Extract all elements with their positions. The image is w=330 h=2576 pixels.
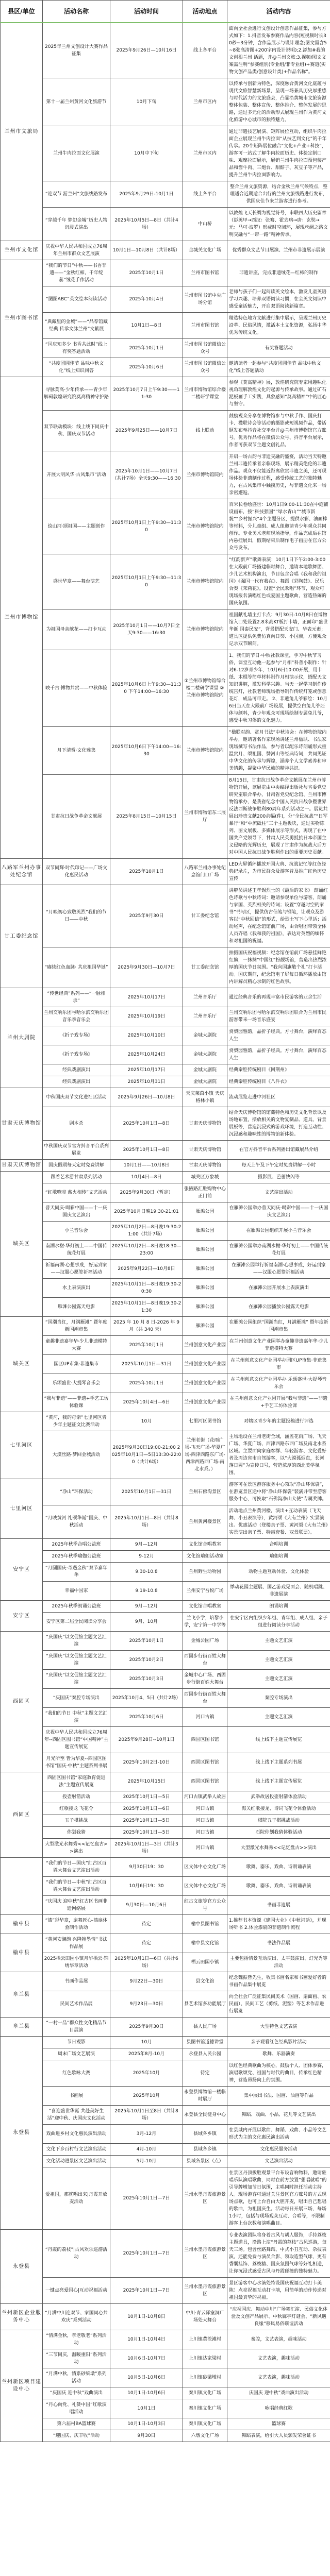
activity-name-cell: “黄河安澜韵 兴隆翰墨情”书法作品展	[43, 1934, 110, 1953]
activity-name-cell: “喜迎盛世华诞 共赴美好生活”迎中秋、庆国庆文化活动	[43, 2106, 110, 2125]
activity-content-cell: 棋院五子棋挑战活动	[227, 1815, 330, 1827]
table-row: “庆国庆 迎中秋”红古区书画非遗网络展9月30日—10月6日红古文旅等官方公众号…	[1, 1896, 330, 1915]
activity-time-cell: 10月4日—8日	[110, 1172, 183, 1183]
activity-content-cell: 在雁滩公园组织开展小兰音乐会	[227, 1222, 330, 1241]
activity-time-cell: 2025年10月	[110, 2060, 183, 2087]
activity-place-cell: 甘肃天庆博物馆	[183, 1141, 227, 1160]
table-row: 兰州市博物馆寻脉莫高·少年传承——青少年解码敦煌研究院莫高精神守护路2025年1…	[1, 377, 330, 411]
activity-place-cell: 文化馆合唱教室	[183, 1601, 227, 1613]
activity-place-cell: 兰州市博物馆院内	[183, 451, 227, 499]
table-row: 兰州大剧院“传世经典”系列——“一脉相承”2025年10月17日兰州音乐厅通过经…	[1, 988, 330, 1007]
activity-place-cell: 中川·青云驿室洞广场处大舞台	[183, 2304, 227, 2330]
activity-place-cell: 永登县全民健身中心	[183, 2106, 227, 2125]
activity-time-cell: 2025年9月28日--10月1日	[110, 1727, 183, 1753]
activity-place-cell: 西固区图书馆	[183, 1772, 227, 1791]
activity-content-cell: 赏梨园雅韵，品折子经典。方寸舞台，演绎百态人生	[227, 1026, 330, 1045]
activity-name-cell: 大型激光水舞秀<<记忆盘古>>演出	[43, 1839, 110, 1858]
table-row: 文化活动进景区文艺演出活动5月-10月县域各景区（点）文艺演出活动	[1, 2156, 330, 2167]
table-row: 月下清赏·文化雅集2025年10月6日下午14:00—16:30兰州市博物馆院内…	[1, 727, 330, 775]
activity-place-cell: 天庆莱茵小镇 天庆格林小镇	[183, 1088, 227, 1107]
activity-time-cell: 2025年10月7日上午9:30——11:30	[110, 377, 183, 411]
activity-place-cell: 八路军兰州办事处纪念馆门口广场	[183, 859, 227, 885]
activity-name-cell: “月满中川迎双节、家国同心共欢庆”系列活动	[43, 2304, 110, 2330]
activity-name-cell: 书画展	[43, 2087, 110, 2106]
activity-place-cell: 金城中心广场、西固步行街百姓大舞台	[183, 1670, 227, 1689]
activity-content-cell: 对辖区青少年的主题投稿进行评选	[227, 1412, 330, 1431]
activity-name-cell: 书画作品展	[43, 1972, 110, 1991]
activity-content-cell: 流动展览走进中河社区	[227, 1088, 330, 1107]
activity-name-cell: 南湖水榭·华灯初上——中国传统花灯展	[43, 1241, 110, 1260]
unit-cell: 兰州新区项目建设中心	[1, 2330, 43, 2442]
activity-name-cell: 红歌接龙 飞花令	[43, 1803, 110, 1815]
header-row: 县区/单位 活动名称 活动时间 活动地点 活动内容	[1, 1, 330, 23]
activity-time-cell: 9月30日19：30	[110, 1858, 183, 1877]
table-row: “红歌嘹亮 薪火相传”文艺活动2025年9月30日（暂定）张掖路汇胜购物中心正门…	[1, 1183, 330, 1202]
activity-time-cell: 2025年10月2日—8日晚19:30-21:00（共计7场）	[110, 1222, 183, 1241]
table-row: 红色歌咏大赛2025年10月待定以红色经典歌曲为核心，鼓励个人、团体参赛，演唱歌…	[1, 2060, 330, 2087]
table-row: 南湖水榭·华灯初上——中国传统花灯展2025年10月2日—8日晚18:30—23…	[1, 1241, 330, 1260]
activity-name-cell: 爱祖国，那就唱出来|丹霞开放麦活动	[43, 2167, 110, 2230]
activity-name-cell: 兰州交响乐团与哈尔滨交响乐团音乐季音乐会	[43, 1007, 110, 1026]
activity-content-cell: 向全社会广泛征集民间美术（国画、扇面画、农民画）、民间工艺（剪纸、泥塑）等艺术作…	[227, 1991, 330, 2018]
events-table: 县区/单位 活动名称 活动时间 活动地点 活动内容 兰州市文旅局2025年兰州文…	[0, 0, 330, 2442]
activity-name-cell: 兰州牛肉拉面文化展演	[43, 126, 110, 181]
activity-time-cell: 2025年10月1日	[110, 1336, 183, 1355]
table-row: 投壶射箭活动2025年10月1日—5日河口古镇武举人故居武举故居投壶射箭体验活动	[1, 1791, 330, 1803]
activity-time-cell: 2025年10月24日	[110, 1045, 183, 1064]
table-row: “丹心向党、礼赞中国”红歌演唱活动10月1日秦川镇文化广场咏唱经典红歌	[1, 2399, 330, 2418]
activity-name-cell: 2025栖云田园小镇月华栖云·锦绣华章活动	[43, 1953, 110, 1972]
table-row: 戏曲进乡村文化惠民演出活动3月-12月县域各乡镇在县域内开展以歌曲、舞蹈、戏曲、…	[1, 2125, 330, 2144]
activity-name-cell: 庆祝中华人民共和国成立76周年兰州市群众文艺展演	[43, 241, 110, 260]
activity-content-cell: 在兰州创意文化产业园开展“我与非遗”——非遗+手艺工坊体验课	[227, 1393, 330, 1412]
activity-name-cell: “我与非遗”——非遗+手艺工坊体验课	[43, 1393, 110, 1412]
table-row: “月圆国庆·奇遇金秋”双节嘉年华9.30-10.8兰州野生动物园动物主题互动体验…	[1, 1563, 330, 1582]
activity-content-cell: 在景区丹顶拔胜观景平台布设音响物料，邀请驻唱乐队演唱歌曲，同时在前方放置“想唱就…	[227, 2167, 330, 2230]
unit-cell: 兰州市博物馆	[1, 377, 43, 859]
activity-content-cell: 经典秦腔传统剧目《回荆州》	[227, 1064, 330, 1076]
activity-place-cell: 兰州创意文化产业园	[183, 1336, 227, 1355]
activity-content-cell: 书画非遗展	[227, 1896, 330, 1915]
activity-content-cell: 歌舞、器乐、戏曲、诗朗诵表演	[227, 1858, 330, 1877]
table-row: “我们的节日—中秋”红古区百姓大舞台文艺演出活动10月6日19：30区文体中心文…	[1, 1877, 330, 1896]
activity-content-cell: 以敦煌飞天长绸为视觉符号，串联四大历史篇章（彭英甲→西汉：张骞、霍去病→唐：玄奘…	[227, 208, 330, 241]
activity-place-cell: 兰州水墨丹霞旅游景区	[183, 2230, 227, 2278]
activity-time-cell: 4月-10月	[110, 2144, 183, 2156]
activity-place-cell: 县人民广场	[183, 2018, 227, 2037]
activity-place-cell: 上川镇黄茨滩村	[183, 2330, 227, 2349]
activity-time-cell: 2025年9月30日	[110, 885, 183, 947]
activity-content-cell: 拍摄国庆祝福视频：纪念馆在馆前广场悬挂鲜艳红旗，一抹抹“中国红”扮靓场馆，营造出…	[227, 947, 330, 988]
activity-place-cell: 七里河区图书馆	[183, 1412, 227, 1431]
activity-time-cell: 2025年10月1日—31日	[110, 1355, 183, 1374]
activity-content-cell: 1.推荐书本资源《建国大业》《中秋词话》，并现场听书 2.体验漆扇的非遗制作流程	[227, 1915, 330, 1934]
unit-cell: 兰州大剧院	[1, 988, 43, 1088]
table-row: 永登县节日观影10月县图书馆道德讲堂亲子观看红色经典影片活动	[1, 2037, 330, 2048]
activity-time-cell: 2025年10月1日—7日	[110, 2167, 183, 2230]
activity-content-cell: 亲子观看红色经典影片活动	[227, 2037, 330, 2048]
activity-content-cell: 书法作品展	[227, 1934, 330, 1953]
table-row: 经典戏剧演出2025年10月31日金城大剧院经典秦腔传统剧目《八件衣》	[1, 1076, 330, 1088]
activity-time-cell: 2025年10月4日	[110, 286, 183, 313]
table-row: 一键点亮爱国心|互动祝福活动2025年10月1日—7日兰州水墨丹霞旅游景区景区游…	[1, 2278, 330, 2304]
table-row: 永登县“丹霞的荔枝”|古风欢乐巡游活动2025年10月1日—7日兰州水墨丹霞旅游…	[1, 2230, 330, 2278]
unit-cell: 兰州市文旅局	[1, 23, 43, 241]
activity-name-cell: 绘山河·颂祖国——主题创作	[43, 499, 110, 554]
activity-content-cell: “庆祝国庆、舞动中川”广场舞汇演、民俗文化体验及文创产品展示、中秋廊亭灯谜会、“…	[227, 2304, 330, 2330]
table-row: 安宁区2025年秋季合唱公益班9月—12月文化馆合唱教室合唱培训	[1, 1539, 330, 1551]
activity-time-cell: 2025年9月25日——10月7日	[110, 411, 183, 451]
unit-cell: 兰州市图书馆	[1, 260, 43, 377]
table-row: 2025栖云田园小镇月华栖云·锦绣华章活动2025年10月1日—6日（共计6场）…	[1, 1953, 330, 1972]
activity-place-cell: 甘肃天庆博物馆	[183, 1107, 227, 1141]
activity-time-cell: 9月23日—30日	[110, 1991, 183, 2018]
activity-name-cell: 乐颂盛世·大提琴音乐会	[43, 1374, 110, 1393]
activity-name-cell: 文化活动进景区文艺演出活动	[43, 2156, 110, 2167]
activity-place-cell: 兰州市图书馆中央广场分馆	[183, 286, 227, 313]
activity-time-cell: 9月22日—30日	[110, 1972, 183, 1991]
activity-time-cell: 2025年10月1日—6日（共计6场）	[110, 1953, 183, 1972]
activity-name-cell: 双节联动模块：线上线下同庆中秋、国庆双节活动	[43, 411, 110, 451]
activity-content-cell: 兰州交响乐团与哈尔滨交响乐团联合为兰州市民游客带来一场音乐盛宴	[227, 1007, 330, 1026]
activity-time-cell: 5月-10月	[110, 2156, 183, 2167]
table-row: 绘山河·颂祖国——主题创作2025年10月1日上午9:30—11:30兰州市博物…	[1, 499, 330, 554]
activity-name-cell: “我们的节日—中秋”红古区百姓大舞台文艺演出活动	[43, 1877, 110, 1896]
activity-time-cell: 10月5日-10月6日	[110, 2368, 183, 2387]
unit-cell: 皋兰县	[1, 2018, 43, 2037]
activity-place-cell: 兰州创意文化产业园	[183, 1393, 227, 1412]
activity-time-cell: 2025年10月2日-10日	[110, 1753, 183, 1772]
activity-time-cell: 2025年10月6日下午14:00—16:30	[110, 727, 183, 775]
activity-name-cell: 第六届村BA篮球赛	[43, 2418, 110, 2430]
activity-time-cell: 9月30日—10月6日	[110, 1896, 183, 1915]
table-row: 文化下乡百村行文艺演出活动4月-10月县域各乡镇文化惠民服务活动	[1, 2144, 330, 2156]
activity-name-cell: “情满金秋，孝老敬老”系列活动	[43, 2330, 110, 2349]
table-row: 榆中县“黄河安澜韵 兴隆翰墨情”书法作品展待定榆中县文化馆书法作品展	[1, 1934, 330, 1953]
activity-content-cell: 在安宁区内组织少年组、青年组、成人组、亲子组进行阅读分享活动	[227, 1613, 330, 1632]
activity-name-cell: “庆国庆 迎中秋”戏曲演出	[43, 2387, 110, 2399]
activity-place-cell: 兰州音乐厅	[183, 1007, 227, 1026]
unit-cell: 西固区	[1, 1772, 43, 1858]
activity-content-cell: 大型特色文艺表演	[227, 2018, 330, 2037]
table-row: 第十一届兰州黄河文化旅游节10月下旬兰州市区内以传承与创新为特色，深度融合黄河文…	[1, 78, 330, 126]
activity-content-cell: 开启一场古韵与非遗交融的盛宴，活动当天特邀兰州非遗传承者亲临现场，展示精美绝伦的…	[227, 451, 330, 499]
activity-place-cell: 六墩文化广场	[183, 2430, 227, 2442]
table-row: 周末广场文艺展演2025年8月-10月永登县人民公园歌舞、乐器演奏	[1, 2048, 330, 2060]
activity-content-cell: “红韵新声”歌舞表演：10月1日下午2:00-3:00在大殿前广场搭建临时舞台，…	[227, 554, 330, 609]
table-row: “月满中秋，情系砂梁墩”系列活动10月5日-10月6日上川镇砂梁墩村文艺表演，趣…	[1, 2368, 330, 2387]
table-row: 五子棋挑战2025年10月1日—5日河口古镇棋院五子棋挑战活动	[1, 1815, 330, 1827]
table-row: 兰州新区企业服务中心“月满中川迎双节、家国同心共欢庆”系列活动10月1日-10月…	[1, 2304, 330, 2330]
activity-time-cell: 9月—12月	[110, 1539, 183, 1551]
table-row: 大型激光水舞秀<<记忆盘古>>演出2025年10月1日—3日（共计3场）河口古镇…	[1, 1839, 330, 1858]
activity-name-cell: “赓续红色血脉· 共庆祖国华诞”	[43, 947, 110, 988]
activity-name-cell: 水上表演演出	[43, 1279, 110, 1298]
activity-content-cell: 优秀群众文艺节目展演、兰州市非遗展示展演	[227, 241, 330, 260]
activity-content-cell: 祖国献礼墙主打卡点：9月30日-10月8日在博物馆入口处设置2.8米高KT板打卡…	[227, 609, 330, 650]
activity-name-cell: “庆国庆 迎中秋”红古区书画非遗网络展	[43, 1896, 110, 1915]
activity-place-cell: 榆中县图书馆	[183, 1915, 227, 1934]
activity-content-cell: 主题文艺汇演	[227, 1632, 330, 1651]
activity-content-cell: 通过经典音乐的再现丰富市民游客的业余生活	[227, 988, 330, 1007]
activity-name-cell: “我们的节日”中秋——书香非遗——“金秋红柿，千年绽蕊”绒花手作活动	[43, 260, 110, 286]
table-row: 小兰音乐会2025年10月2日—8日晚19:30-21:00（共计7场）雁滩公园…	[1, 1222, 330, 1241]
activity-name-cell: 中秋国庆双节官方抖音平台系列展览	[43, 1141, 110, 1160]
activity-time-cell: 2025年10月1日—8日	[110, 1141, 183, 1160]
activity-content-cell: 咏唱经典红歌	[227, 2399, 330, 2418]
activity-place-cell: 文化馆瑜伽活动室	[183, 1551, 227, 1563]
activity-place-cell: 城关区万象城	[183, 1172, 227, 1183]
activity-name-cell: 文化下乡百村行文艺演出活动	[43, 2144, 110, 2156]
activity-time-cell: 2025年10月1日	[110, 859, 183, 885]
activity-place-cell: 西固区图书馆	[183, 1727, 227, 1753]
activity-time-cell: 2025年10月17日	[110, 988, 183, 1007]
table-row: 开展大明风华·古风集市”活动2025年10月1日——10月7日（共计7场）全天9…	[1, 451, 330, 499]
activity-name-cell: 寻脉莫高·少年传承——青少年解码敦煌研究院莫高精神守护路	[43, 377, 110, 411]
activity-content-cell: 集中展出书法、国画、油画等作品	[227, 2087, 330, 2106]
header-unit: 县区/单位	[1, 1, 43, 23]
table-row: 城关区跟着艺术游甘肃系列活动10月4日—8日城关区万象城摄影展、芭蕾快闪等	[1, 1172, 330, 1183]
activity-time-cell: 2025年10月5日—8日（共计4场）	[110, 208, 183, 241]
activity-name-cell: “穿越千年 梦幻金城”历史人物沉浸式演出	[43, 208, 110, 241]
activity-content-cell: 在兰州创意文化产业园举办 乐颂盛世·大提琴音乐会	[227, 1374, 330, 1393]
activity-time-cell: 2025年10月17日	[110, 1064, 183, 1076]
activity-place-cell: 中山桥	[183, 208, 227, 241]
activity-time-cell: 2025年8月-10月	[110, 2048, 183, 2060]
activity-content-cell: 武举故居投壶射箭体验活动	[227, 1791, 330, 1803]
activity-content-cell: 主场地设在兰州老街全域，涵盖花雨广场、飞天广场、华夏广场、西津西路东西广场及南北…	[227, 1431, 330, 1479]
activity-name-cell: 双节同辉·时代印记——广场文化惠民活动	[43, 859, 110, 885]
activity-place-cell: 兰州老街（花雨广场-飞天广场-华夏广场-西津西路东广场-西津西路西广场-南北水系…	[183, 1431, 227, 1479]
table-row: 书画展2025年10月永登县博物馆一楼临时展厅集中展出书法、国画、油画等作品	[1, 2087, 330, 2106]
activity-content-cell: 纪念魏振皆先生，收集书画名家和书画爱好者的书画作品集中展览	[227, 1972, 330, 1991]
activity-time-cell: 2025年8月15日—10月15日	[110, 775, 183, 859]
activity-time-cell: 2025年10月6日	[110, 1708, 183, 1727]
table-row: “赓续红色血脉· 共庆祖国华诞”2025年9月30日—10月7日甘工委纪念馆拍摄…	[1, 947, 330, 988]
activity-name-cell: “庆国庆”以文促旅主题文艺汇演	[43, 1632, 110, 1651]
activity-content-cell: 主要包括情景互动演出、太平鼓演出、灯光秀等活动	[227, 1953, 330, 1972]
activity-name-cell: 园区UP市集·非遗集市	[43, 1355, 110, 1374]
activity-content-cell: 篮球赛	[227, 2418, 330, 2430]
table-row: 兰州交响乐团与哈尔滨交响乐团音乐季音乐会2025年10月19日兰州音乐厅兰州交响…	[1, 1007, 330, 1026]
activity-name-cell: “国庆知多少 书香共此时”线上有奖答题活动	[43, 339, 110, 358]
activity-content-cell: 文艺表演，趣味活动	[227, 2368, 330, 2387]
table-row: 你划我猜2025年10月1日—5日河口古镇石院你划我猜体验活动	[1, 1827, 330, 1839]
activity-content-cell: 在雁滩公园开展水上表演演出	[227, 1279, 330, 1298]
activity-place-cell: 秦川镇文化广场	[183, 2387, 227, 2399]
activity-place-cell: 兰州创意文化产业园	[183, 1355, 227, 1374]
table-row: “共度团圆佳节 品味中秋文化”线上知识问答2025年10月6日兰州市图书馆微信公…	[1, 358, 330, 377]
table-row: 西固区“庆国庆”以文促旅主题文艺汇演2025年10月1日金城公园广场主题文艺汇演	[1, 1632, 330, 1651]
activity-place-cell: 兰州市图书馆微信公众号	[183, 339, 227, 358]
activity-content-cell: 文艺演出活动	[227, 1183, 330, 1202]
activity-content-cell: 8月15日，甘肃抗日战争革命文献展在兰州市博物馆开展，该展览由中央编译出版社与省…	[227, 775, 330, 859]
table-row: “图图ABC”英文绘本阅读活动2025年10月4日兰州市图书馆中央广场分馆老师与…	[1, 286, 330, 313]
activity-name-cell: 2025年秋季朗诵公益班	[43, 1601, 110, 1613]
activity-name-cell: 中秋国庆双节文化进社区活动	[43, 1088, 110, 1107]
activity-place-cell: 兰州市图书馆	[183, 313, 227, 339]
table-row: 皋兰县书画作品展9月22日—30日县文化馆纪念魏振皆先生，收集书画名家和书画爱好…	[1, 1972, 330, 1991]
activity-place-cell: 兰州黄河楼景区	[183, 1505, 227, 1539]
activity-time-cell: 2025年9月29日-10月1日	[110, 181, 183, 208]
activity-content-cell: 在雁滩公园播放公园露天电影	[227, 1298, 330, 1317]
activity-name-cell: 祈福南湖·心想事成，好运到家——汉服心愿签祈福活动	[43, 1260, 110, 1279]
activity-name-cell: “共度团圆佳节 品味中秋文化”线上知识问答	[43, 358, 110, 377]
activity-name-cell: 戏曲进乡村文化惠民演出活动	[43, 2125, 110, 2144]
table-row: “月映黄河 礼颂华诞”国庆、中秋活动2025年10月1日—8日（共计8场）兰州黄…	[1, 1505, 330, 1539]
activity-content-cell: 庆国庆 迎中秋”戏曲演出活动	[227, 2387, 330, 2399]
activity-name-cell: 五子棋挑战	[43, 1815, 110, 1827]
table-row: 中秋国庆双节官方抖音平台系列展览2025年10月1日—8日甘肃天庆博物馆在官方抖…	[1, 1141, 330, 1160]
unit-cell: 榆中县	[1, 1934, 43, 1972]
table-row: 剧本杀2025年10月1日—8日甘肃天庆博物馆结合天庆博物馆的馆藏特色和历史文化…	[1, 1107, 330, 1141]
activity-place-cell: ①兰州市博物馆综合楼二楼研学课堂 ②兰州市博物馆院内	[183, 650, 227, 727]
activity-name-cell: “月映黄河 礼颂华诞”国庆、中秋活动	[43, 1505, 110, 1539]
unit-cell: 城关区	[1, 1172, 43, 1317]
activity-content-cell: 以传承与创新为特色，深度融合黄河文化底蕴与现代文旅智慧新场景，呈现一场兼具历史厚…	[227, 78, 330, 126]
table-row: 甘肃抗日战争革命文献展2025年8月15日—10月15日兰州市博物馆东二展厅8月…	[1, 775, 330, 859]
table-row: “典藏里的金城”——“品荐馆藏经典 传承文脉兰州”文献展10月1日—8日兰州市图…	[1, 313, 330, 339]
activity-time-cell: 2025年10月1日—7日	[110, 2230, 183, 2278]
activity-place-cell: 兰州水墨丹霞旅游景区	[183, 2167, 227, 2230]
activity-name-cell: “丹霞的荔枝”|古风欢乐巡游活动	[43, 2230, 110, 2278]
activity-content-cell: 专业表演团队将身着古风与胡人服饰，手持荔枝主题道具，沿路上演“丹霞的荔枝”古风巡…	[227, 2230, 330, 2278]
activity-place-cell: 栖云田园小镇	[183, 1953, 227, 1972]
activity-time-cell: 2025年10月1日	[110, 260, 183, 286]
activity-place-cell: 西固区图书馆	[183, 1753, 227, 1772]
activity-place-cell: 西固步行街百姓大舞台	[183, 1651, 227, 1670]
table-row: 经典戏剧演出2025年10月17日金城大剧院经典秦腔传统剧目《回荆州》	[1, 1064, 330, 1076]
activity-time-cell: 2025年9月26日—10月16日	[110, 23, 183, 78]
activity-place-cell: 雁滩公园	[183, 1298, 227, 1317]
activity-content-cell: 在官方抖音平台系列播出馆藏展品介绍	[227, 1141, 330, 1160]
activity-place-cell: 红古文旅等官方公众号	[183, 1896, 227, 1915]
activity-place-cell: 兰州市博物馆综合楼二楼研学课堂	[183, 377, 227, 411]
activity-place-cell: 兰州音乐厅	[183, 988, 227, 1007]
activity-place-cell: 兰州市区内	[183, 126, 227, 181]
activity-time-cell: 10月	[110, 2037, 183, 2048]
table-body: 兰州市文旅局2025年兰州文创设计大赛作品征集2025年9月26日—10月16日…	[1, 23, 330, 2442]
activity-name-cell: 甘肃抗日战争革命文献展	[43, 775, 110, 859]
table-row: “庆国庆”秦腔专场演出2025年10月4、5日（共计2场）西固步行街百姓大舞台秦…	[1, 1689, 330, 1708]
activity-name-cell: 庆祝中华人民共和国成立76周年--西固区图书馆“中国精神”主题宣传展览	[43, 1727, 110, 1753]
unit-cell: 安宁区	[1, 1539, 43, 1601]
table-row: 雁滩公园露天电影2025年10月1日—8日晚19:30-21:30雁滩公园在雁滩…	[1, 1298, 330, 1317]
activity-time-cell: 10月1日-10月6日	[110, 2387, 183, 2399]
activity-name-cell: 映千古·博物共赏——中秋体验	[43, 650, 110, 727]
activity-content-cell: 线上线下主题宣传展览	[227, 1727, 330, 1753]
activity-content-cell: 1、我们的节日·中秋社教课堂，学习中秋节习俗，课堂互动他一起参与“月相”科普小制…	[227, 650, 330, 727]
activity-content-cell: 动物主题互动体验、文化体验	[227, 1563, 330, 1582]
activity-time-cell: 10月下旬	[110, 78, 183, 126]
activity-content-cell: LED大屏循环播放开国大典、抗战记忆等红色经典纪录片，为市民群众及游客普及推广红…	[227, 859, 330, 885]
activity-content-cell: 在县域内开展以歌曲、舞蹈、戏曲、小品等文艺形式为主的文化惠民演出活动	[227, 2125, 330, 2144]
activity-time-cell: 2025 年 10 月 8 日-2026 年 9 月（共 340 天）	[110, 1317, 183, 1336]
activity-name-cell: 幸福中国家	[43, 1582, 110, 1601]
activity-place-cell: 永登县博物馆一楼临时展厅	[183, 2087, 227, 2106]
activity-content-cell: 舞蹈表演，给引大人员颁发荣誉证书	[227, 2430, 330, 2442]
activity-place-cell: 金城大剧院	[183, 1076, 227, 1088]
activity-time-cell: 2025年10月6日	[110, 358, 183, 377]
activity-name-cell: 经典戏剧演出	[43, 1076, 110, 1088]
activity-place-cell: 县图书馆道德讲堂	[183, 2037, 227, 2048]
unit-cell: 甘肃天庆博物馆	[1, 1160, 43, 1172]
activity-name-cell: “漆”彩华章，扇舞匠心-漆扇体验制作活动	[43, 1915, 110, 1934]
unit-cell: 西固区	[1, 1632, 43, 1772]
activity-content-cell: 在雁滩公园举办南湖水榭·华灯初上——中国传统花灯展	[227, 1241, 330, 1260]
activity-time-cell: 2025年10月1日—31日	[110, 1479, 183, 1505]
activity-place-cell: 兰州创意文化产业园	[183, 1374, 227, 1393]
activity-name-cell: “月圆国庆·奇遇金秋”双节嘉年华	[43, 1563, 110, 1582]
activity-content-cell: 线上线下主题宣传展览	[227, 1772, 330, 1791]
unit-cell	[1, 1858, 43, 1915]
activity-name-cell: “丹心向党、礼赞中国”红歌演唱活动	[43, 2399, 110, 2418]
activity-name-cell: 民间艺术作品展	[43, 1991, 110, 2018]
table-row: 盛世华章——舞台演艺2025年10月1日上午9:30—11:30兰州市博物馆院内…	[1, 554, 330, 609]
activity-place-cell: 雁滩公园	[183, 1222, 227, 1241]
table-row: 双节联动模块：线上线下同庆中秋、国庆双节活动2025年9月25日——10月7日线…	[1, 411, 330, 451]
activity-name-cell: 为祖国母亲献花——打卡互动	[43, 609, 110, 650]
table-row: 甘肃天庆博物馆中秋国庆双节文化进社区活动2025年9月26日—10月8日天庆莱茵…	[1, 1088, 330, 1107]
activity-time-cell: 10月1日-10月3日	[110, 2418, 183, 2430]
table-row: 2025年秋季瑜伽公益班9-12月文化馆瑜伽活动室瑜伽培训	[1, 1551, 330, 1563]
activity-name-cell: 月光所至 皆为华夏--西固区图书馆“国庆·中秋”主题系列书展	[43, 1753, 110, 1772]
table-row: “迎国庆、庆丰收”活动9月30日六墩文化广场舞蹈表演，给引大人员颁发荣誉证书	[1, 2430, 330, 2442]
table-row: 普天同庆·喝彩中国——十一庆国庆文艺演出2025年10月日晚19:30-21:0…	[1, 1202, 330, 1222]
activity-time-cell: 2025年10月1日—5日	[110, 1827, 183, 1839]
activity-time-cell: 2025年10月日晚19:30-21:01	[110, 1202, 183, 1222]
activity-time-cell: 2025年10月1日	[110, 1374, 183, 1393]
unit-cell: 安宁区	[1, 1601, 43, 1632]
activity-time-cell: 10月1日——10月8日	[110, 1160, 183, 1172]
activity-place-cell: 榆中县文化馆	[183, 1934, 227, 1953]
activity-time-cell: 9.19-10.8	[110, 1582, 183, 1601]
activity-time-cell: 2025年10月1日上午9:30—11:30	[110, 554, 183, 609]
activity-name-cell: “典藏里的金城”——“品荐馆藏经典 传承文脉兰州”文献展	[43, 313, 110, 339]
activity-place-cell: 金城公园广场	[183, 1632, 227, 1651]
activity-name-cell: 小兰音乐会	[43, 1222, 110, 1241]
activity-content-cell: 大型激光水舞秀<<记忆盘古>>演出	[227, 1839, 330, 1858]
activity-name-cell: “图图ABC”英文绘本阅读活动	[43, 286, 110, 313]
activity-time-cell: 2025年9月30日—10月7日	[110, 947, 183, 988]
activity-time-cell: 9月、10月	[110, 1613, 183, 1632]
activity-place-cell: 线上联动	[183, 411, 227, 451]
table-row: “我与非遗”——非遗+手艺工坊体验课2025年10月4日—6日兰州创意文化产业园…	[1, 1393, 330, 1412]
activity-time-cell: 2025年10月2日—8日晚18:30—23:00	[110, 1241, 183, 1260]
table-row: “我们的节日—国庆”红古区百姓大舞台文艺演出活动9月30日19：30区文体中心文…	[1, 1858, 330, 1877]
activity-content-cell: 海关红歌接龙、诗词飞花令体验活动	[227, 1803, 330, 1815]
table-row: 为祖国母亲献花——打卡互动2025年10月1日——10月7日全天9:30——16…	[1, 609, 330, 650]
activity-place-cell: 兰州市区内	[183, 78, 227, 126]
activity-time-cell: 2025年9月26日—10月8日	[110, 1088, 183, 1107]
activity-place-cell: 金城大剧院	[183, 1045, 227, 1064]
activity-name-cell: 剧本杀	[43, 1107, 110, 1141]
activity-time-cell: 10月1日—10月8日（共计8场）	[110, 241, 183, 260]
activity-time-cell: 10月中下旬	[110, 126, 183, 181]
activity-name-cell: “月满中秋，情系砂梁墩”系列活动	[43, 2368, 110, 2387]
activity-time-cell: 2025年10月4日—6日	[110, 1393, 183, 1412]
activity-content-cell: 老师与孩子们一起阅读英文绘本，激发儿童英语学习兴趣、培养双语阅读习惯，在全英文阅…	[227, 286, 330, 313]
unit-cell: 皋兰县	[1, 1972, 43, 2018]
activity-time-cell: 2025年10月1日—3日（共计3场）	[110, 1839, 183, 1858]
activity-name-cell: 月下清赏·文化雅集	[43, 727, 110, 775]
activity-content-cell: 在雁滩公园组织“国潮当红，月满雁滩” 暨年度新国潮市集	[227, 1317, 330, 1336]
activity-time-cell: 9月30日	[110, 2430, 183, 2442]
activity-place-cell: 县域各乡镇	[183, 2144, 227, 2156]
activity-name-cell: 普天同庆·喝彩中国——十一庆国庆文艺演出	[43, 1202, 110, 1222]
activity-place-cell: 线上各平台	[183, 23, 227, 78]
activity-time-cell: 10月1日-10月8日	[110, 2304, 183, 2330]
